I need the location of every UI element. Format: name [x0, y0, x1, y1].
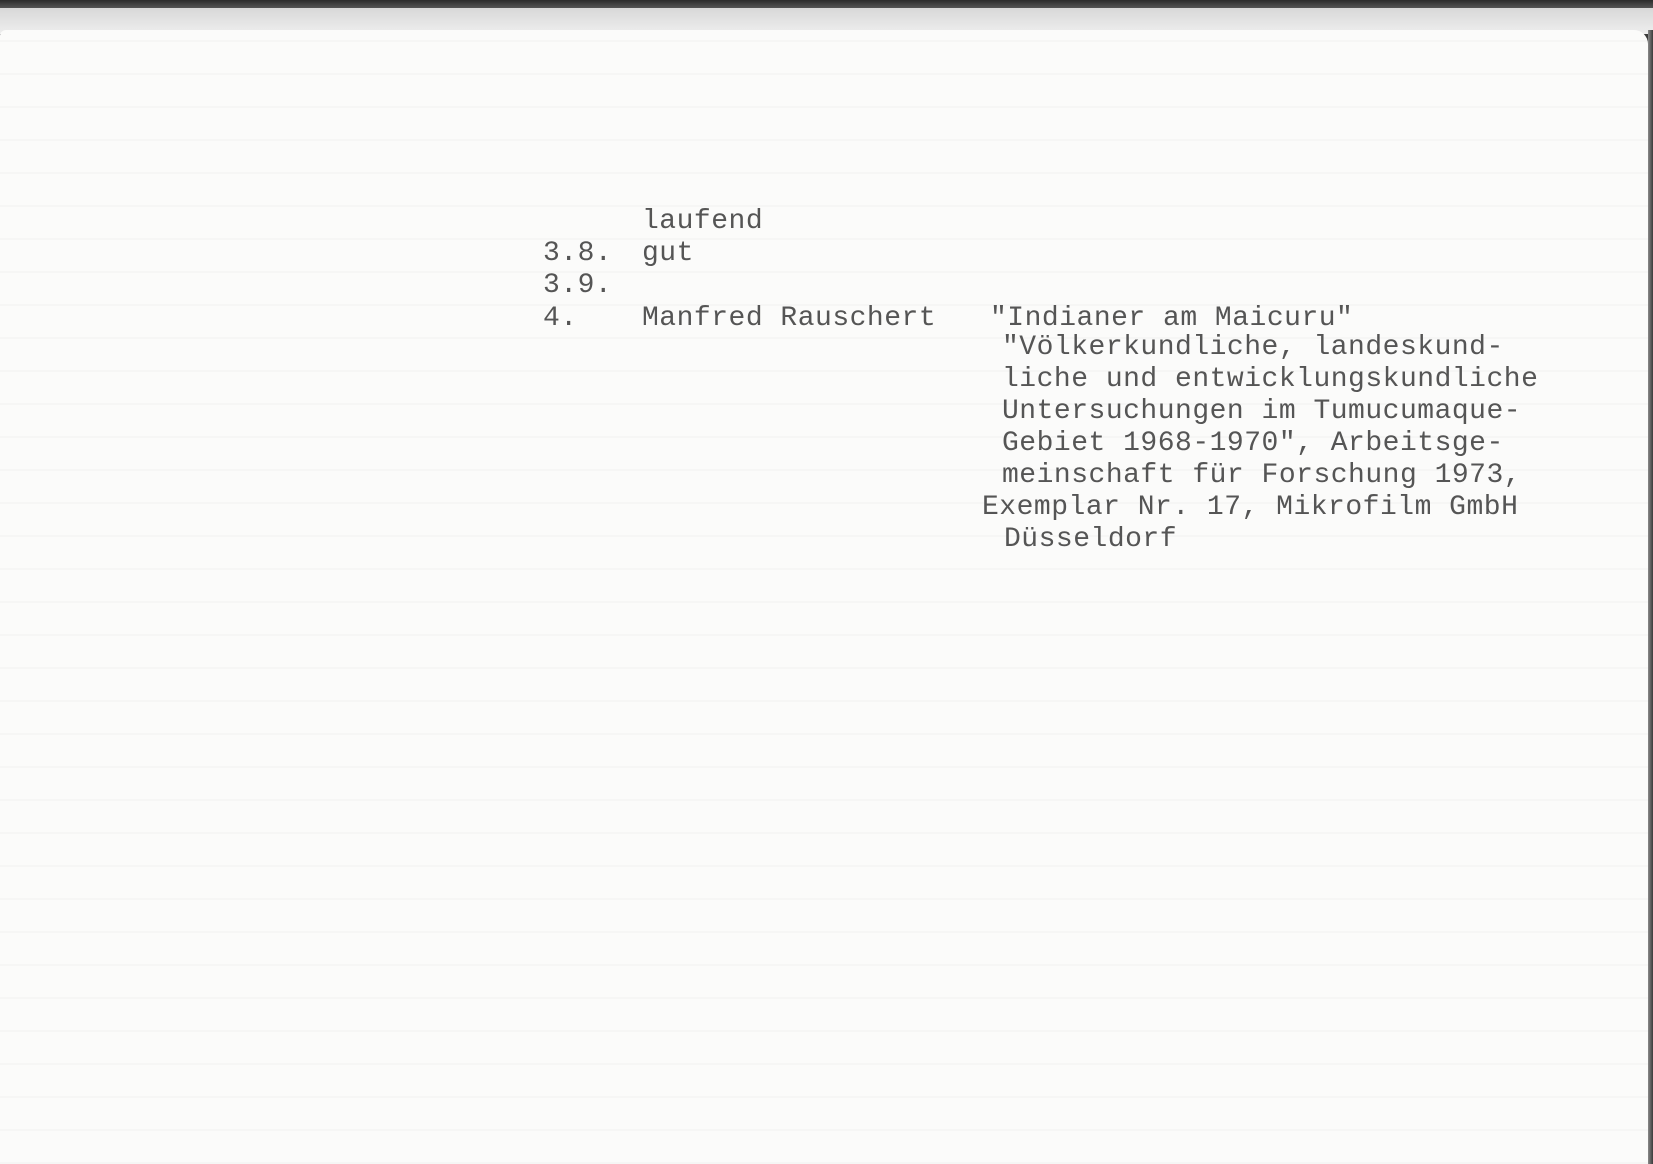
reference-title: "Indianer am Maicuru" — [990, 303, 1353, 335]
reference-line-3: liche und entwicklungskundliche — [1002, 364, 1538, 396]
reference-line-2: "Völkerkundliche, landeskund- — [1002, 332, 1504, 364]
author-name: Manfred Rauschert — [642, 303, 936, 335]
item-number-3-9: 3.9. — [543, 270, 612, 302]
item-number-3-8: 3.8. — [543, 238, 612, 270]
scan-right-border — [1648, 30, 1653, 1164]
item-value-3-8: gut — [642, 238, 694, 270]
reference-line-8: Düsseldorf — [1004, 524, 1177, 556]
reference-line-6: meinschaft für Forschung 1973, — [1002, 460, 1521, 492]
typed-page — [0, 30, 1648, 1164]
reference-line-4: Untersuchungen im Tumucumaque- — [1002, 396, 1521, 428]
status-laufend: laufend — [642, 206, 763, 238]
reference-line-7: Exemplar Nr. 17, Mikrofilm GmbH — [982, 492, 1518, 524]
reference-line-5: Gebiet 1968-1970", Arbeitsge- — [1002, 428, 1504, 460]
scan-top-border — [0, 0, 1653, 8]
item-number-4: 4. — [543, 303, 578, 335]
